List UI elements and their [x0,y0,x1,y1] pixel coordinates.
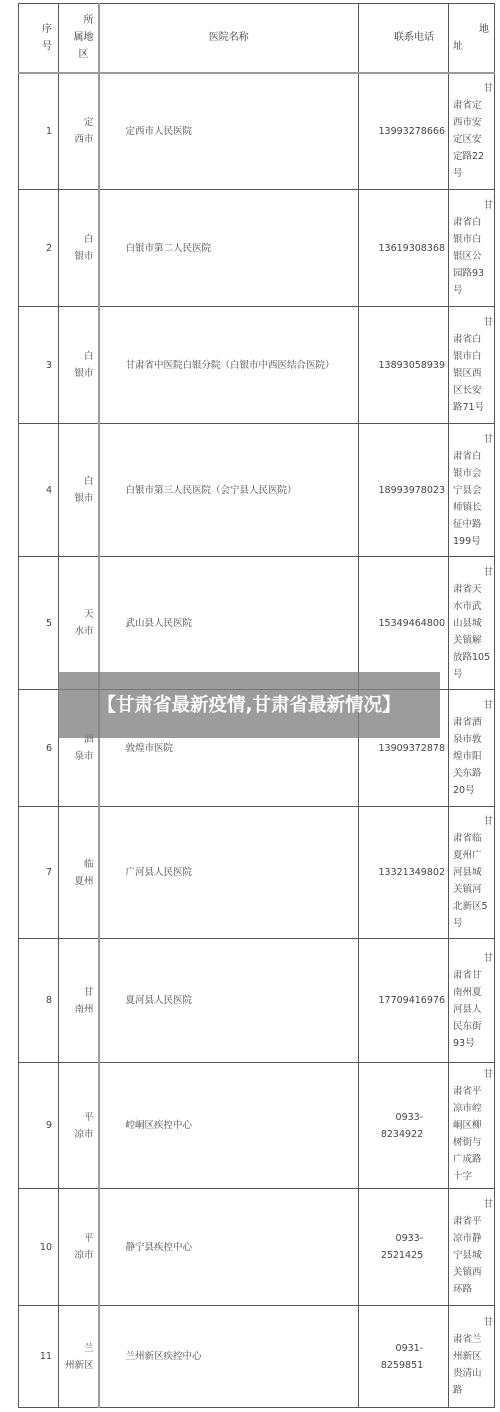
cell-phone: 13893058939 [359,307,449,424]
address-line: 峒区柳 [453,1117,493,1134]
cell-phone: 13321349802 [359,807,449,939]
region-line: 甘 [74,984,93,1001]
cell-phone: 15349464800 [359,557,449,690]
cell-address: 甘肃省甘南州夏河县人民东街93号 [449,939,495,1063]
region-line: 临 [74,856,93,873]
header-address-line: 址 [453,38,489,55]
address-line: 甘 [453,697,493,714]
region-line: 白 [74,473,93,490]
cell-address: 甘肃省兰州新区贵清山路 [449,1306,495,1408]
phone-line: 0931- [381,1340,423,1357]
header-no: 序 号 [19,4,59,73]
cell-address: 甘肃省酒泉市敦煌市阳关东路20号 [449,690,495,807]
cell-no: 2 [19,190,59,307]
header-no-line: 号 [42,38,52,55]
address-line: 银市会 [453,465,493,482]
address-line: 定路22 [453,148,493,165]
header-region-line: 属地 [74,29,94,46]
address-line: 甘 [453,813,493,830]
header-address-line: 地 [453,21,489,38]
cell-no: 8 [19,939,59,1063]
cell-hospital-name: 广河县人民医院 [99,807,359,939]
cell-no: 6 [19,690,59,807]
cell-region: 白银市 [59,307,99,424]
address-line: 河县人 [453,1001,493,1018]
address-line: 关镇河 [453,881,493,898]
address-line: 西市安 [453,114,493,131]
address-line: 肃省甘 [453,967,493,984]
cell-no: 9 [19,1063,59,1189]
cell-hospital-name: 白银市第三人民医院（会宁县人民医院） [99,424,359,557]
address-line: 煌市阳 [453,748,493,765]
table-row: 1定西市定西市人民医院13993278666甘肃省定西市安定区安定路22号 [19,73,495,190]
cell-no: 5 [19,557,59,690]
address-line: 肃省临 [453,830,493,847]
address-line: 199号 [453,533,493,550]
address-line: 师镇长 [453,499,493,516]
address-line: 肃省白 [453,448,493,465]
cell-address: 甘肃省白银市白银区西区长安路71号 [449,307,495,424]
address-line: 银区公 [453,248,493,265]
address-line: 路71号 [453,399,493,416]
table-header-row: 序 号 所 属地 区 医院名称 联系电话 地 址 [19,4,495,73]
address-line: 号 [453,282,493,299]
header-hospital-name: 医院名称 [99,4,359,73]
phone-line: 2521425 [381,1247,423,1264]
address-line: 甘 [453,950,493,967]
cell-region: 兰州新区 [59,1306,99,1408]
cell-no: 10 [19,1189,59,1306]
region-line: 银市 [74,490,93,507]
cell-no: 11 [19,1306,59,1408]
cell-no: 3 [19,307,59,424]
cell-hospital-name: 定西市人民医院 [99,73,359,190]
cell-no: 1 [19,73,59,190]
address-line: 甘 [453,197,493,214]
header-no-line: 序 [42,21,52,38]
region-line: 凉市 [74,1247,93,1264]
address-line: 广成路 [453,1151,493,1168]
address-line: 关镇解 [453,632,493,649]
table-row: 10平凉市静宁县疾控中心0933-2521425甘肃省平凉市静宁县城关镇西环路 [19,1189,495,1306]
cell-region: 白银市 [59,424,99,557]
region-line: 银市 [74,365,93,382]
cell-region: 天水市 [59,557,99,690]
address-line: 山县城 [453,615,493,632]
region-line: 白 [74,231,93,248]
address-line: 甘 [453,1196,493,1213]
table-row: 8甘南州夏河县人民医院17709416976甘肃省甘南州夏河县人民东街93号 [19,939,495,1063]
cell-hospital-name: 白银市第二人民医院 [99,190,359,307]
address-line: 甘 [453,1314,493,1331]
header-address: 地 址 [449,4,495,73]
address-line: 贵清山 [453,1365,493,1382]
region-line: 银市 [74,248,93,265]
region-line: 南州 [74,1001,93,1018]
table-row: 9平凉市崆峒区疾控中心0933-8234922甘肃省平凉市崆峒区柳树街与广成路十… [19,1063,495,1189]
header-region-line: 所 [74,12,94,29]
address-line: 甘 [453,564,493,581]
address-line: 肃省白 [453,331,493,348]
address-line: 路 [453,1382,493,1399]
address-line: 肃省定 [453,97,493,114]
cell-address: 甘肃省平凉市静宁县城关镇西环路 [449,1189,495,1306]
cell-address: 甘肃省定西市安定区安定路22号 [449,73,495,190]
address-line: 北新区5 [453,898,493,915]
cell-region: 平凉市 [59,1063,99,1189]
table-row: 7临夏州广河县人民医院13321349802甘肃省临夏州广河县城关镇河北新区5号 [19,807,495,939]
cell-no: 7 [19,807,59,939]
address-line: 树街与 [453,1134,493,1151]
address-line: 肃省天 [453,581,493,598]
address-line: 区长安 [453,382,493,399]
region-line: 州新区 [65,1357,94,1374]
region-line: 白 [74,348,93,365]
cell-phone: 13619308368 [359,190,449,307]
table-row: 4白银市白银市第三人民医院（会宁县人民医院）18993978023甘肃省白银市会… [19,424,495,557]
address-line: 凉市崆 [453,1100,493,1117]
title-overlay-banner: 【甘肃省最新疫情,甘肃省最新情况】 [58,672,440,738]
cell-region: 定西市 [59,73,99,190]
table-row: 2白银市白银市第二人民医院13619308368甘肃省白银市白银区公园路93号 [19,190,495,307]
cell-no: 4 [19,424,59,557]
address-line: 20号 [453,782,493,799]
overlay-title: 【甘肃省最新疫情,甘肃省最新情况】 [93,692,404,719]
cell-phone: 0931-8259851 [359,1306,449,1408]
address-line: 关东路 [453,765,493,782]
cell-hospital-name: 兰州新区疾控中心 [99,1306,359,1408]
cell-region: 平凉市 [59,1189,99,1306]
table-row: 5天水市武山县人民医院15349464800甘肃省天水市武山县城关镇解放路105… [19,557,495,690]
cell-phone: 13993278666 [359,73,449,190]
address-line: 肃省平 [453,1213,493,1230]
cell-address: 甘肃省白银市白银区公园路93号 [449,190,495,307]
cell-hospital-name: 甘肃省中医院白银分院（白银市中西医结合医院） [99,307,359,424]
address-line: 州新区 [453,1348,493,1365]
address-line: 甘 [453,314,493,331]
address-line: 夏州广 [453,847,493,864]
region-line: 泉市 [74,748,93,765]
address-line: 水市武 [453,598,493,615]
region-line: 定 [74,114,93,131]
address-line: 号 [453,165,493,182]
region-line: 西市 [74,131,93,148]
cell-hospital-name: 静宁县疾控中心 [99,1189,359,1306]
address-line: 肃省白 [453,214,493,231]
address-line: 民东街 [453,1018,493,1035]
region-line: 平 [74,1230,93,1247]
cell-phone: 0933-2521425 [359,1189,449,1306]
address-line: 宁县城 [453,1247,493,1264]
region-line: 平 [74,1109,93,1126]
region-line: 凉市 [74,1126,93,1143]
address-line: 放路105 [453,649,493,666]
address-line: 园路93 [453,265,493,282]
header-phone: 联系电话 [359,4,449,73]
cell-hospital-name: 武山县人民医院 [99,557,359,690]
address-line: 银区西 [453,365,493,382]
address-line: 银市白 [453,231,493,248]
address-line: 肃省兰 [453,1331,493,1348]
cell-address: 甘肃省天水市武山县城关镇解放路105号 [449,557,495,690]
region-line: 夏州 [74,873,93,890]
phone-line: 0933- [381,1109,423,1126]
address-line: 甘 [453,80,493,97]
address-line: 十字 [453,1168,493,1185]
address-line: 关镇西 [453,1264,493,1281]
cell-phone: 18993978023 [359,424,449,557]
address-line: 定区安 [453,131,493,148]
cell-phone: 17709416976 [359,939,449,1063]
cell-region: 甘南州 [59,939,99,1063]
address-line: 93号 [453,1035,493,1052]
cell-hospital-name: 崆峒区疾控中心 [99,1063,359,1189]
address-line: 肃省酒 [453,714,493,731]
address-line: 宁县会 [453,482,493,499]
phone-line: 0933- [381,1230,423,1247]
cell-phone: 0933-8234922 [359,1063,449,1189]
address-line: 甘 [453,1066,493,1083]
phone-line: 8234922 [381,1126,423,1143]
cell-address: 甘肃省临夏州广河县城关镇河北新区5号 [449,807,495,939]
address-line: 泉市敦 [453,731,493,748]
table-body: 1定西市定西市人民医院13993278666甘肃省定西市安定区安定路22号2白银… [19,73,495,1408]
table-row: 11兰州新区兰州新区疾控中心0931-8259851甘肃省兰州新区贵清山路 [19,1306,495,1408]
region-line: 水市 [74,623,93,640]
cell-address: 甘肃省白银市会宁县会师镇长征中路199号 [449,424,495,557]
cell-address: 甘肃省平凉市崆峒区柳树街与广成路十字 [449,1063,495,1189]
address-line: 环路 [453,1281,493,1298]
address-line: 号 [453,666,493,683]
header-region-line: 区 [74,46,94,63]
address-line: 南州夏 [453,984,493,1001]
phone-line: 8259851 [381,1357,423,1374]
address-line: 号 [453,915,493,932]
region-line: 天 [74,606,93,623]
address-line: 河县城 [453,864,493,881]
address-line: 征中路 [453,516,493,533]
address-line: 肃省平 [453,1083,493,1100]
address-line: 银市白 [453,348,493,365]
address-line: 凉市静 [453,1230,493,1247]
cell-region: 白银市 [59,190,99,307]
header-region: 所 属地 区 [59,4,99,73]
address-line: 甘 [453,431,493,448]
region-line: 兰 [65,1340,94,1357]
cell-hospital-name: 夏河县人民医院 [99,939,359,1063]
table-row: 3白银市甘肃省中医院白银分院（白银市中西医结合医院）13893058939甘肃省… [19,307,495,424]
cell-region: 临夏州 [59,807,99,939]
